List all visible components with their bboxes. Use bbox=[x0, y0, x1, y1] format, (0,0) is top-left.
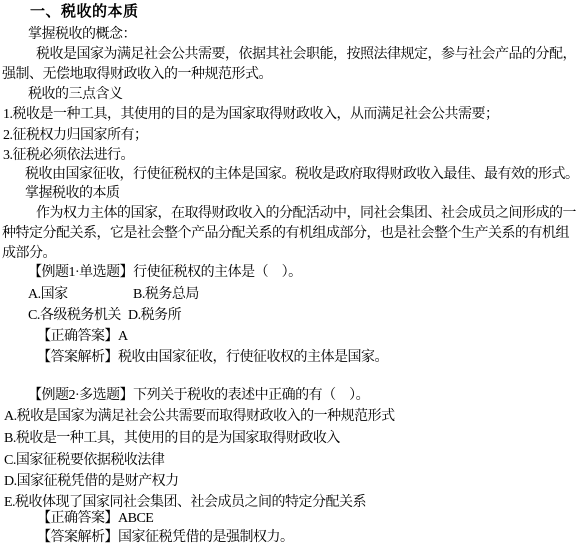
example2-correct-answer: 【正确答案】ABCE bbox=[37, 511, 153, 526]
essence-paragraph-line-1: 作为权力主体的国家，在取得财政收入的分配活动中，同社会集团、社会成员之间形成的一 bbox=[36, 206, 576, 221]
example1-option-b: B.税务总局 bbox=[133, 287, 199, 302]
example2-option-b: B.税收是一种工具，其使用的目的是为国家取得财政收入 bbox=[4, 431, 340, 446]
three-meanings-label: 税收的三点含义 bbox=[28, 87, 123, 102]
example2-option-c: C.国家征税要依据税收法律 bbox=[4, 453, 164, 468]
meaning-item-1: 1.税收是一种工具，其使用的目的是为国家取得财政收入，从而满足社会公共需要； bbox=[3, 107, 499, 122]
example1-question-stem: 【例题1·单选题】行使征税权的主体是（ ）。 bbox=[28, 265, 302, 280]
meaning-item-2: 2.征税权力归国家所有； bbox=[3, 128, 148, 143]
meaning-item-3: 3.征税必须依法进行。 bbox=[3, 148, 134, 163]
concept-paragraph-line-2: 强制、无偿地取得财政收入的一种规范形式。 bbox=[2, 67, 272, 82]
concept-paragraph-line-1: 税收是国家为满足社会公共需要，依据其社会职能，按照法律规定，参与社会产品的分配， bbox=[36, 47, 576, 62]
example2-answer-analysis: 【答案解析】国家征税凭借的是强制权力。 bbox=[37, 530, 294, 545]
essence-label: 掌握税收的本质 bbox=[25, 186, 120, 201]
example2-question-stem: 【例题2·多选题】下列关于税收的表述中正确的有（ ）。 bbox=[28, 388, 369, 403]
example2-option-d: D.国家征税凭借的是财产权力 bbox=[4, 474, 179, 489]
tax-essence-document: 一、税收的本质 掌握税收的概念： 税收是国家为满足社会公共需要，依据其社会职能，… bbox=[0, 0, 580, 546]
example2-option-a: A.税收是国家为满足社会公共需要而取得财政收入的一种规范形式 bbox=[4, 409, 395, 424]
essence-paragraph-line-2: 种特定分配关系，它是社会整个产品分配关系的有机组成部分，也是社会整个生产关系的有… bbox=[2, 226, 569, 241]
example1-correct-answer: 【正确答案】A bbox=[37, 329, 128, 344]
example1-option-d: D.税务所 bbox=[128, 308, 181, 323]
example1-answer-analysis: 【答案解析】税收由国家征收，行使征收权的主体是国家。 bbox=[37, 350, 388, 365]
essence-paragraph-line-3: 成部分。 bbox=[2, 246, 56, 261]
concept-intro-label: 掌握税收的概念： bbox=[28, 27, 136, 42]
example1-option-c: C.各级税务机关 bbox=[28, 308, 121, 323]
example2-option-e: E.税收体现了国家同社会集团、社会成员之间的特定分配关系 bbox=[4, 495, 366, 510]
example1-option-a: A.国家 bbox=[28, 287, 68, 302]
levy-summary: 税收由国家征收，行使征税权的主体是国家。税收是政府取得财政收入最佳、最有效的形式… bbox=[25, 167, 579, 182]
section-heading: 一、税收的本质 bbox=[30, 5, 139, 20]
